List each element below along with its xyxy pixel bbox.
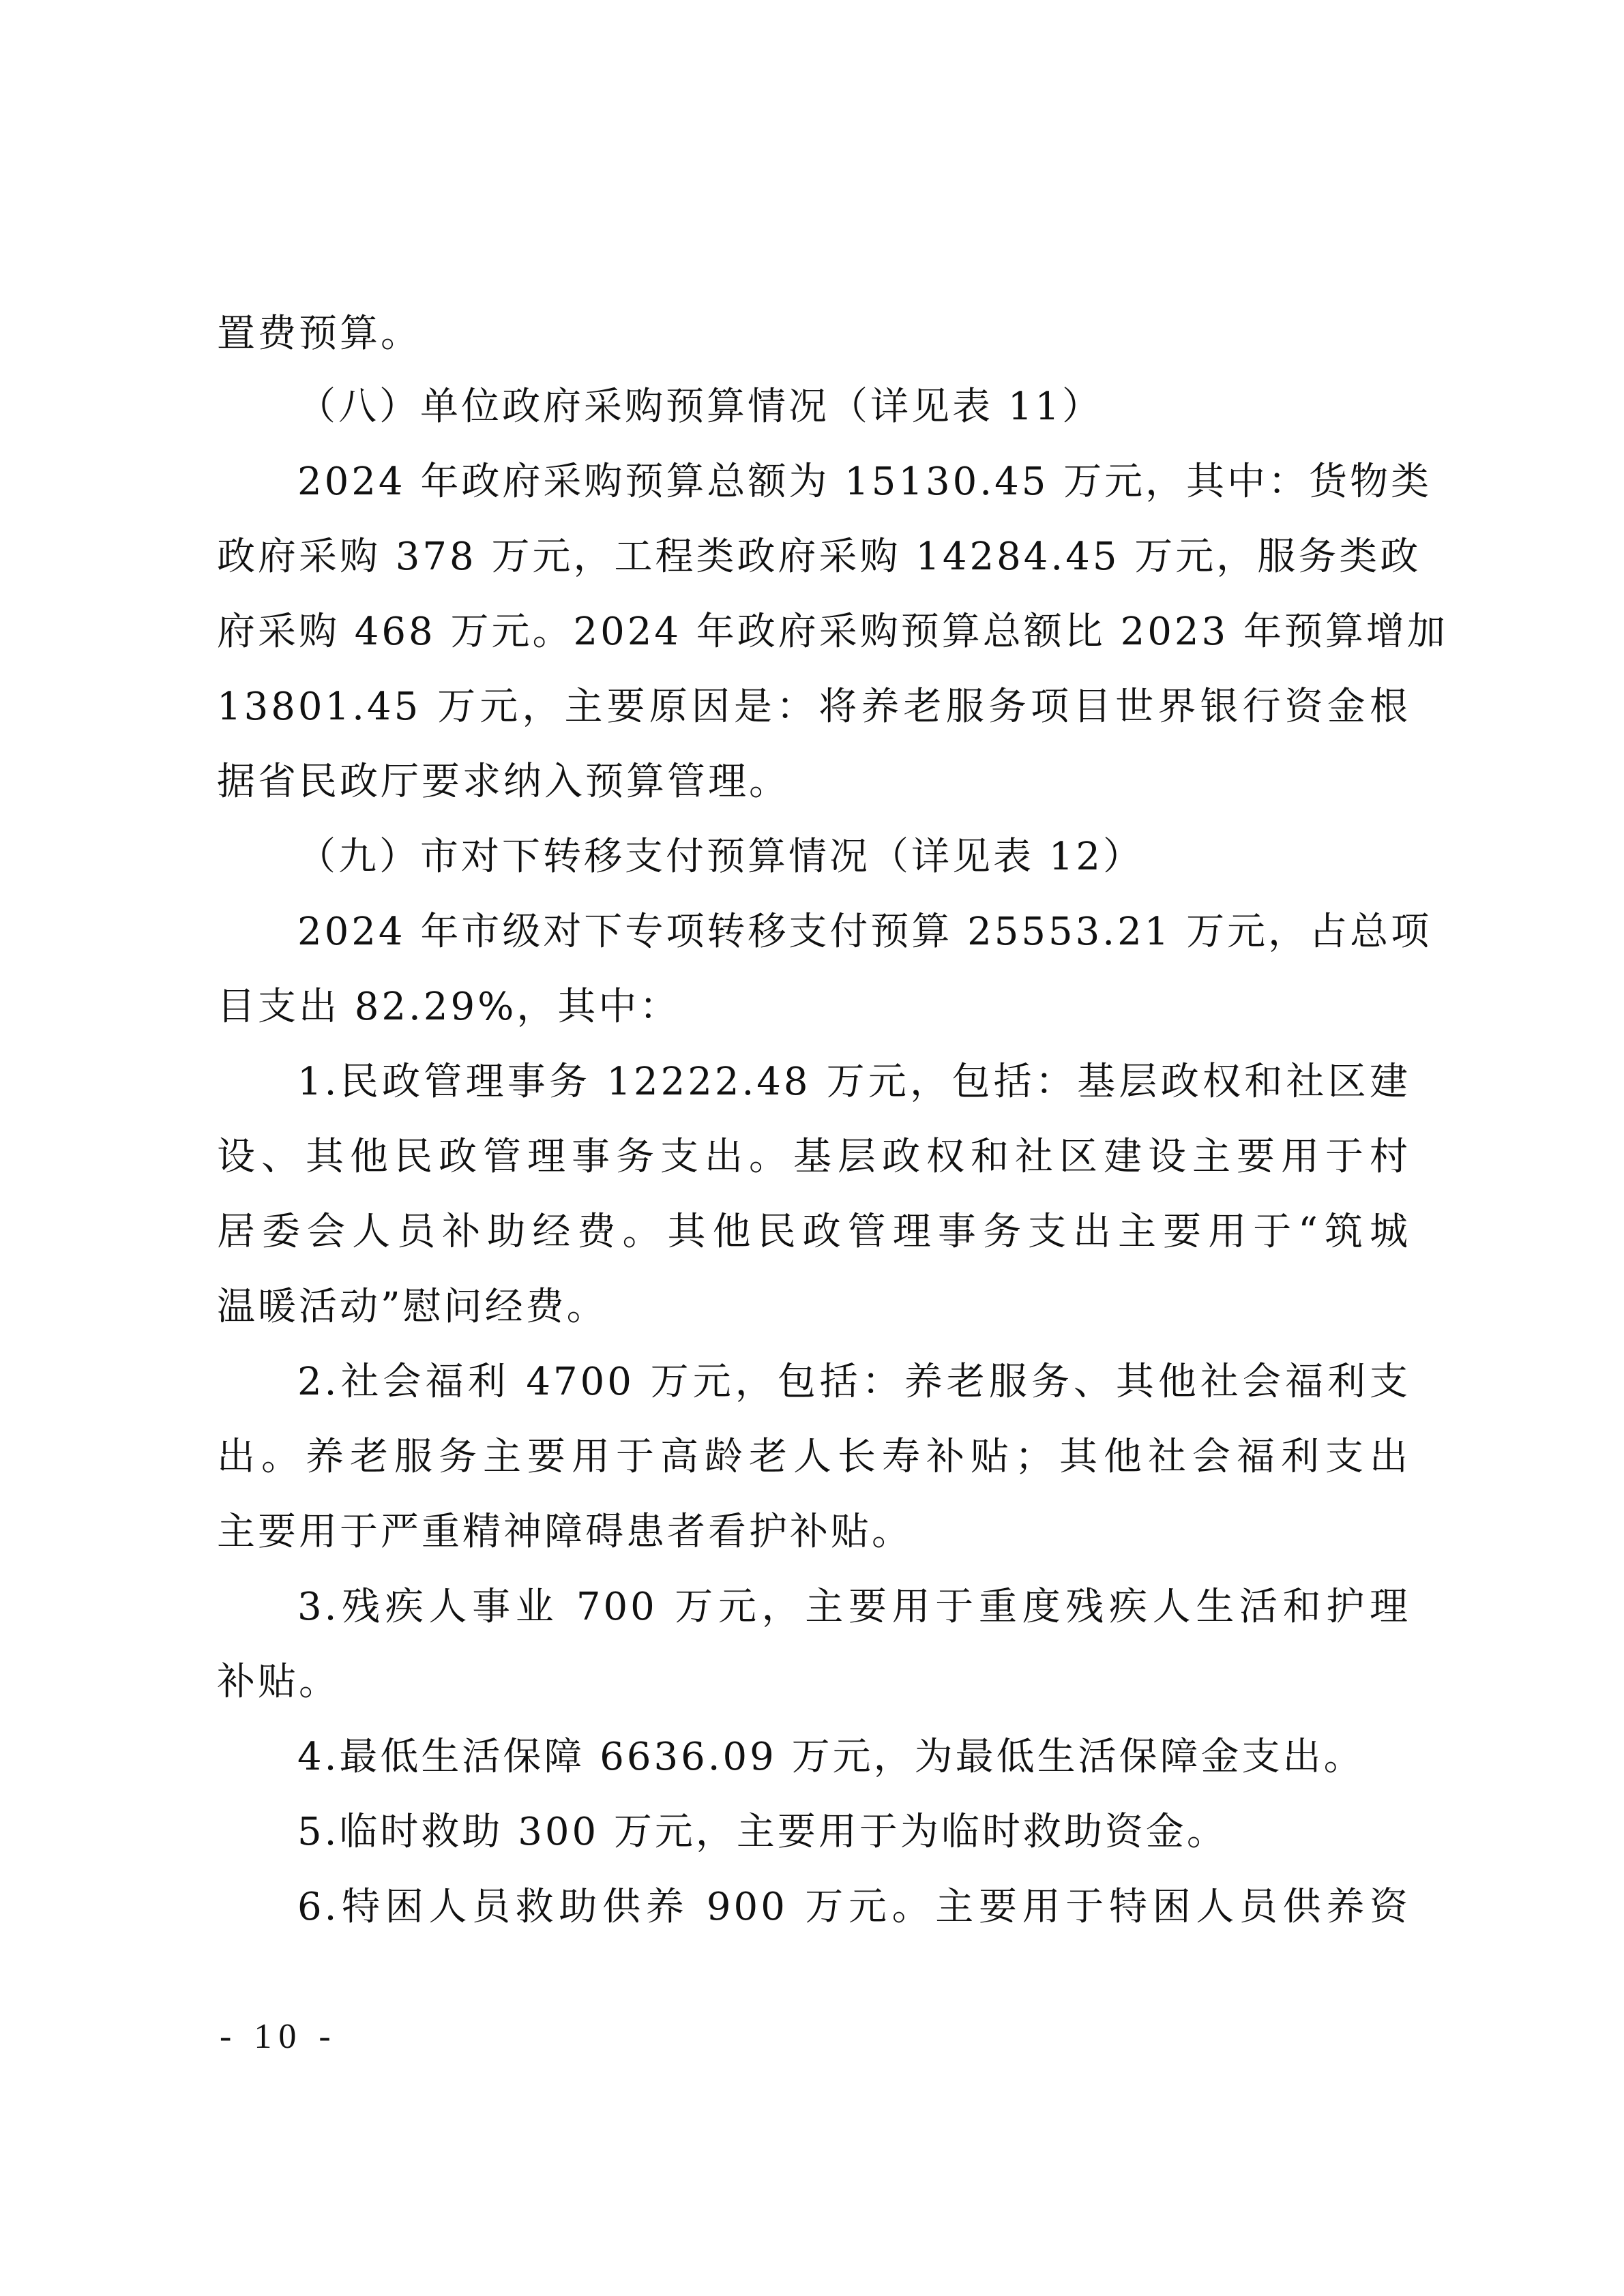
item-1-line-1: 1.民政管理事务 12222.48 万元，包括：基层政权和社区建 <box>297 1055 1411 1109</box>
procurement-paragraph-line-1: 2024 年政府采购预算总额为 15130.45 万元，其中：货物类 <box>297 455 1411 509</box>
document-page: 置费预算。 （八）单位政府采购预算情况（详见表 11） 2024 年政府采购预算… <box>0 0 1624 2296</box>
item-1-line-4: 温暖活动”慰问经费。 <box>217 1280 1411 1335</box>
procurement-paragraph-line-2: 政府采购 378 万元，工程类政府采购 14284.45 万元，服务类政 <box>217 530 1411 584</box>
section-heading-9: （九）市对下转移支付预算情况（详见表 12） <box>297 830 1411 884</box>
item-1-line-2: 设、其他民政管理事务支出。基层政权和社区建设主要用于村 <box>217 1130 1411 1184</box>
item-4-line-1: 4.最低生活保障 6636.09 万元，为最低生活保障金支出。 <box>297 1730 1411 1785</box>
paragraph-continuation-line: 置费预算。 <box>217 307 1411 361</box>
transfer-paragraph-line-2: 目支出 82.29%，其中： <box>217 980 1411 1034</box>
item-1-line-3: 居委会人员补助经费。其他民政管理事务支出主要用于“筑城 <box>217 1205 1411 1259</box>
item-6-line-1: 6.特困人员救助供养 900 万元。主要用于特困人员供养资 <box>297 1880 1411 1935</box>
item-2-line-3: 主要用于严重精神障碍患者看护补贴。 <box>217 1505 1411 1560</box>
item-2-line-1: 2.社会福利 4700 万元，包括：养老服务、其他社会福利支 <box>297 1355 1411 1410</box>
page-number: - 10 - <box>220 2013 338 2061</box>
section-heading-8: （八）单位政府采购预算情况（详见表 11） <box>297 380 1411 434</box>
item-3-line-2: 补贴。 <box>217 1655 1411 1710</box>
transfer-paragraph-line-1: 2024 年市级对下专项转移支付预算 25553.21 万元，占总项 <box>297 905 1411 959</box>
procurement-paragraph-line-3: 府采购 468 万元。2024 年政府采购预算总额比 2023 年预算增加 <box>217 605 1411 659</box>
item-2-line-2: 出。养老服务主要用于高龄老人长寿补贴；其他社会福利支出 <box>217 1430 1411 1485</box>
procurement-paragraph-line-5: 据省民政厅要求纳入预算管理。 <box>217 755 1411 809</box>
item-5-line-1: 5.临时救助 300 万元，主要用于为临时救助资金。 <box>297 1805 1411 1860</box>
procurement-paragraph-line-4: 13801.45 万元，主要原因是：将养老服务项目世界银行资金根 <box>217 680 1411 734</box>
item-3-line-1: 3.残疾人事业 700 万元，主要用于重度残疾人生活和护理 <box>297 1580 1411 1635</box>
